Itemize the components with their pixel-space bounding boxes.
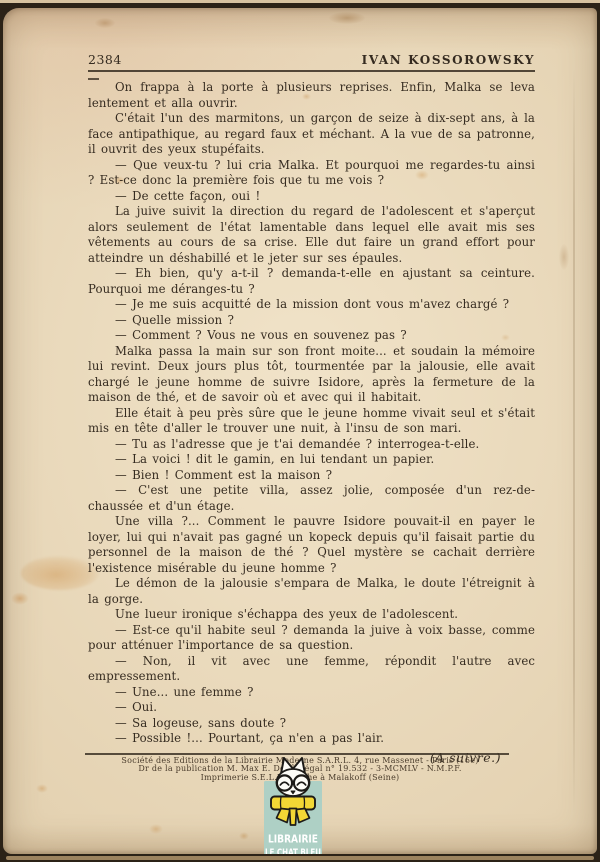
- paragraph: — Possible !... Pourtant, ça n'en a pas …: [88, 731, 535, 747]
- paragraph: — Je me suis acquitté de la mission dont…: [88, 297, 535, 313]
- page-number: 2384: [88, 52, 122, 67]
- paragraph: — C'est une petite villa, assez jolie, c…: [88, 483, 535, 514]
- paper-page: 2384 IVAN KOSSOROWSKY On frappa à la por…: [3, 8, 597, 854]
- author-name: IVAN KOSSOROWSKY: [362, 53, 535, 67]
- paragraph: — Que veux-tu ? lui cria Malka. Et pourq…: [88, 158, 535, 189]
- scanned-book-page: { "header": { "page_number": "2384", "au…: [0, 0, 600, 862]
- sticker-librairie-label: LIBRAIRIE: [268, 834, 318, 846]
- paragraph: — Quelle mission ?: [88, 313, 535, 329]
- paragraph: C'était l'un des marmitons, un garçon de…: [88, 111, 535, 158]
- paragraph: Malka passa la main sur son front moite.…: [88, 344, 535, 406]
- scan-edge-top: [0, 0, 600, 3]
- paragraph: — De cette façon, oui !: [88, 189, 535, 205]
- paragraph: Elle était à peu près sûre que le jeune …: [88, 406, 535, 437]
- foxing-stain: [239, 832, 249, 840]
- foxing-stain: [95, 18, 115, 28]
- paragraph: — Non, il vit avec une femme, répondit l…: [88, 654, 535, 685]
- paragraph: La juive suivit la direction du regard d…: [88, 204, 535, 266]
- foxing-stain: [329, 12, 365, 24]
- paragraph: On frappa à la porte à plusieurs reprise…: [88, 80, 535, 111]
- paragraph: Une villa ?... Comment le pauvre Isidore…: [88, 514, 535, 576]
- paragraph: — La voici ! dit le gamin, en lui tendan…: [88, 452, 535, 468]
- bookshop-sticker: LIBRAIRIE LE CHAT BLEU: [257, 750, 329, 854]
- paper-crease: [573, 68, 575, 814]
- paragraph: — Oui.: [88, 700, 535, 716]
- paragraph: — Eh bien, qu'y a-t-il ? demanda-t-elle …: [88, 266, 535, 297]
- paragraph: — Une... une femme ?: [88, 685, 535, 701]
- sticker-shop-name-label: LE CHAT BLEU: [265, 848, 321, 855]
- paragraph: Le démon de la jalousie s'empara de Malk…: [88, 576, 535, 607]
- foxing-stain: [36, 784, 48, 793]
- header-rule: [88, 70, 535, 72]
- page-header: 2384 IVAN KOSSOROWSKY: [88, 52, 535, 72]
- paragraph: — Bien ! Comment est la maison ?: [88, 468, 535, 484]
- foxing-stain: [149, 824, 163, 834]
- paragraph: — Comment ? Vous ne vous en souvenez pas…: [88, 328, 535, 344]
- paragraph: — Sa logeuse, sans doute ?: [88, 716, 535, 732]
- paragraph: — Est-ce qu'il habite seul ? demanda la …: [88, 623, 535, 654]
- scan-edge-bottom: [6, 856, 594, 860]
- body-text: On frappa à la porte à plusieurs reprise…: [88, 80, 535, 765]
- foxing-stain: [11, 592, 29, 605]
- paragraph: Une lueur ironique s'échappa des yeux de…: [88, 607, 535, 623]
- paragraph: — Tu as l'adresse que je t'ai demandée ?…: [88, 437, 535, 453]
- foxing-stain: [559, 244, 569, 270]
